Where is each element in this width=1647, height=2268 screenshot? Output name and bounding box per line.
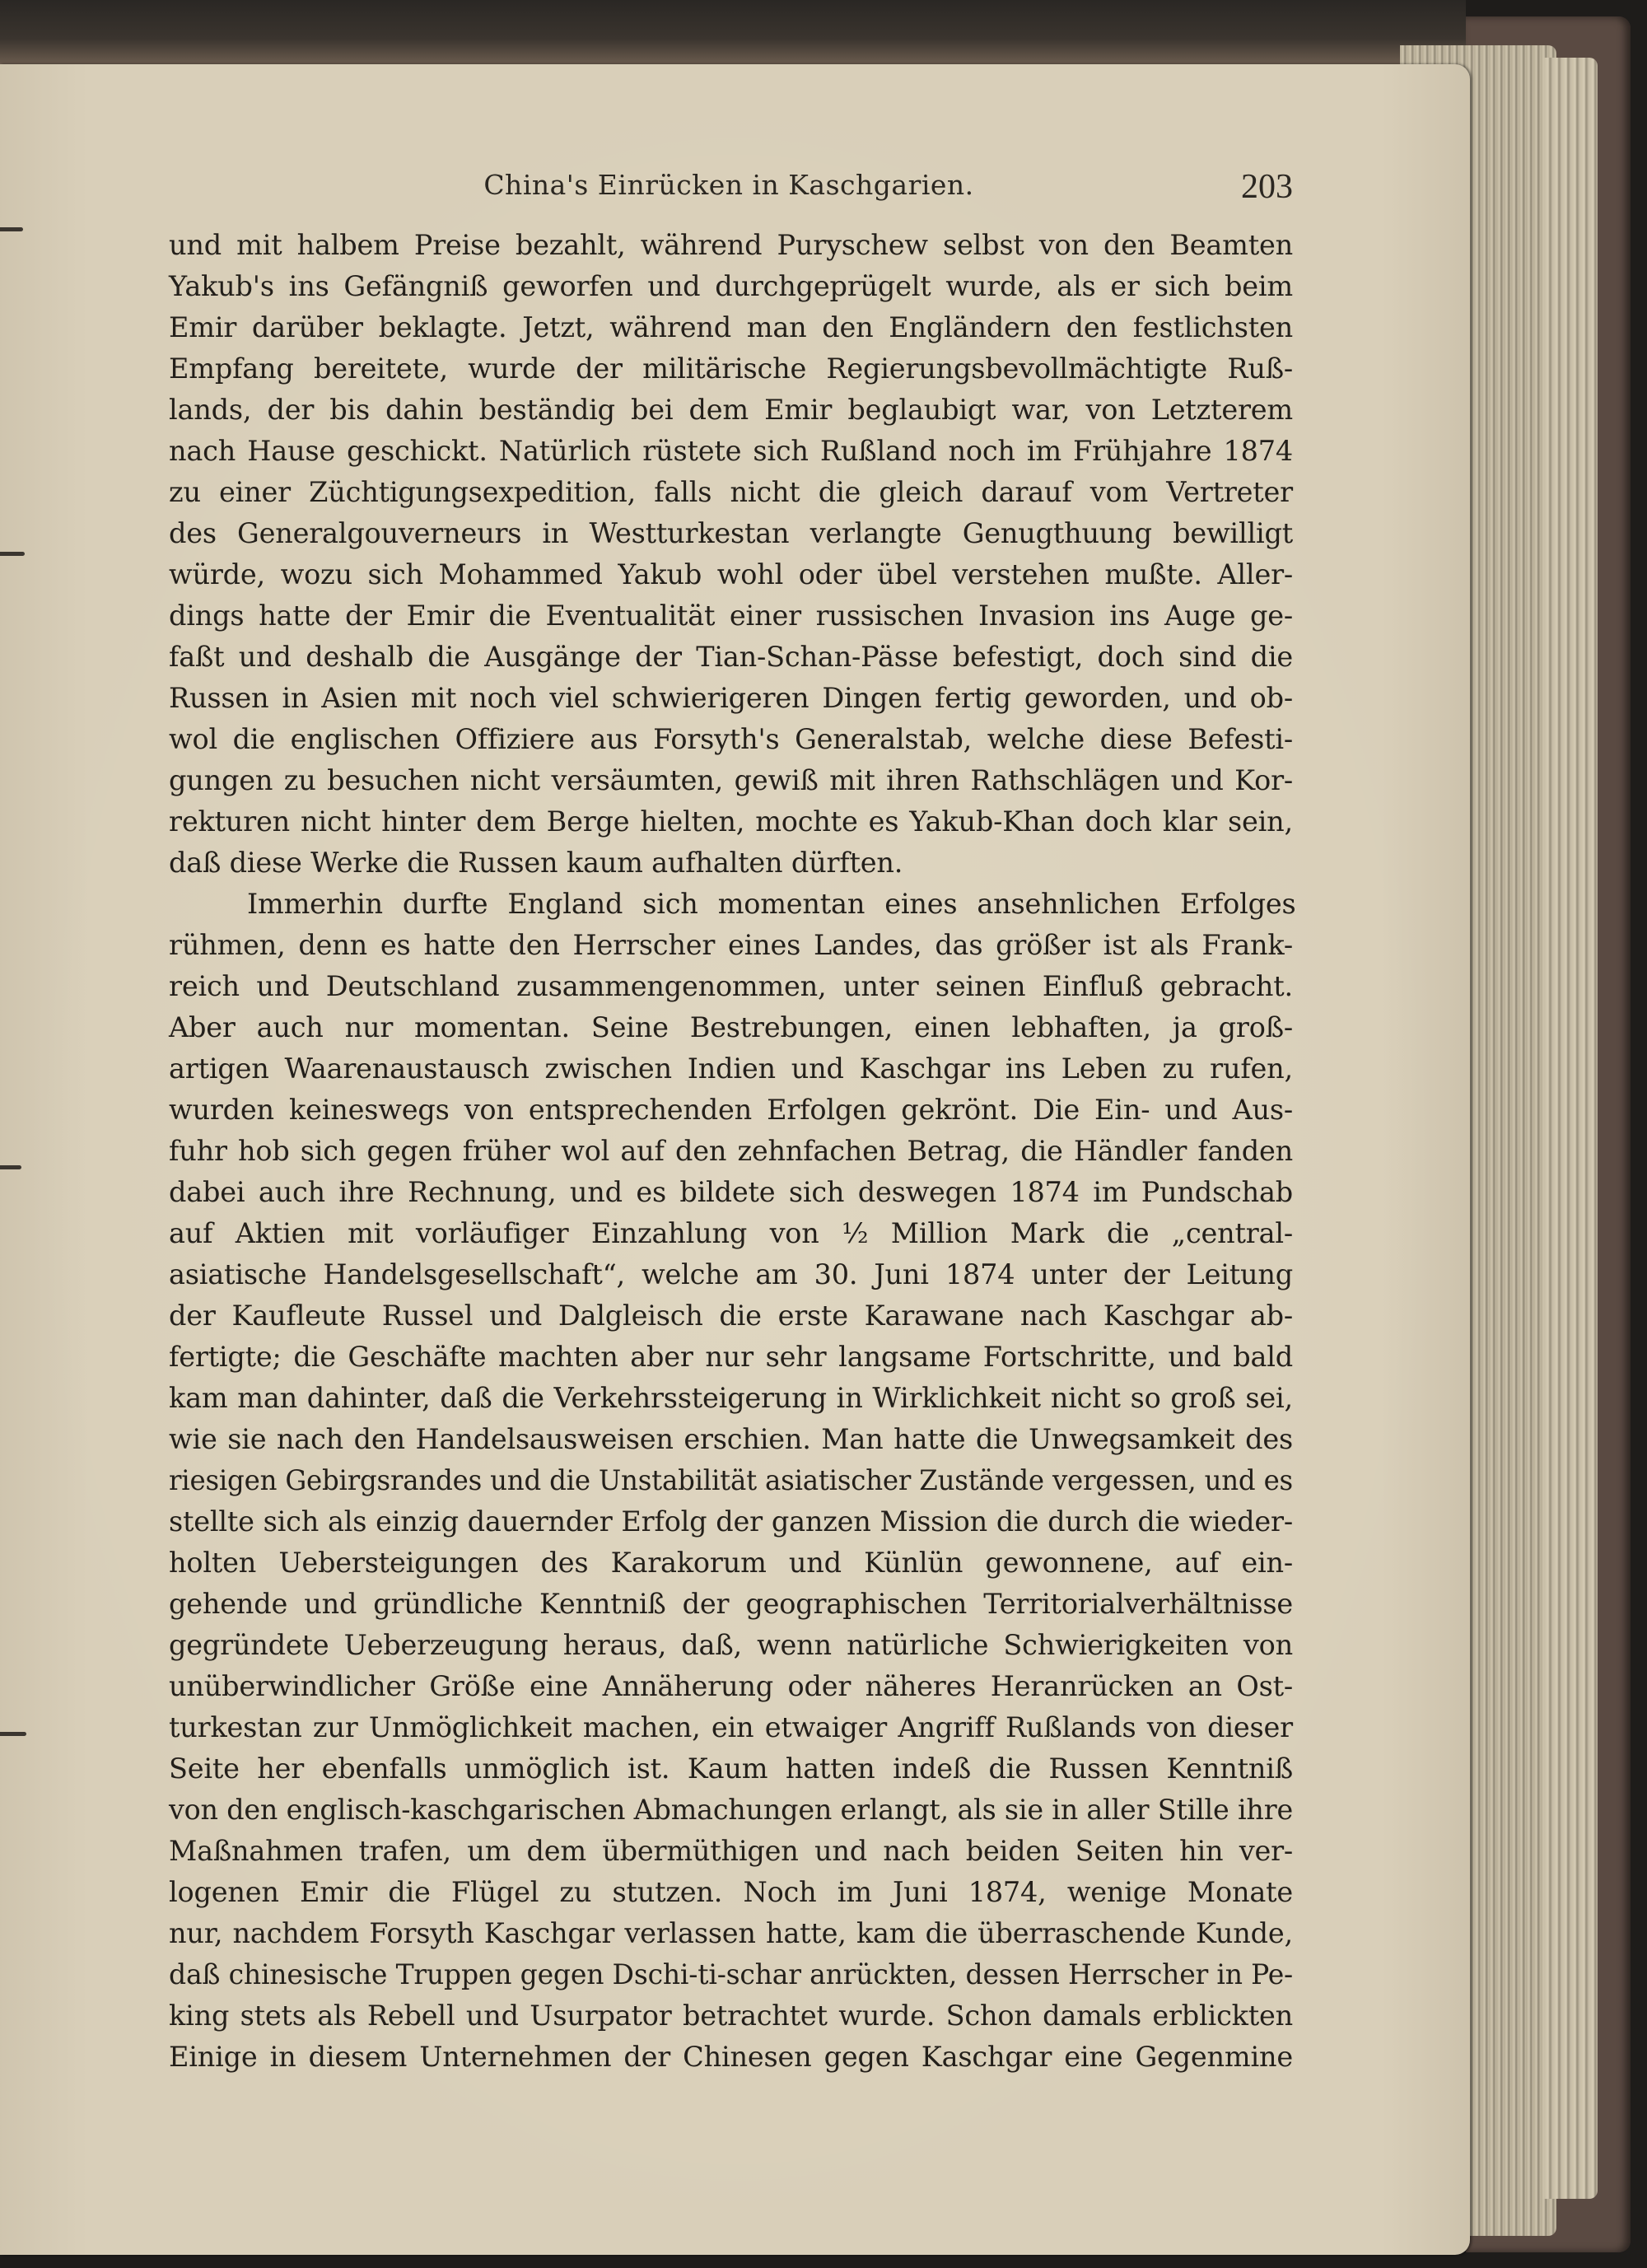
text-line: kam man dahinter, daß die Verkehrssteige… bbox=[169, 1378, 1293, 1419]
text-line: wie sie nach den Handelsausweisen erschi… bbox=[169, 1419, 1293, 1460]
text-line: unüberwindlicher Größe eine Annäherung o… bbox=[169, 1666, 1293, 1707]
text-line: wol die englischen Offiziere aus Forsyth… bbox=[169, 719, 1293, 760]
text-line: lands, der bis dahin beständig bei dem E… bbox=[169, 390, 1293, 431]
text-line: wurden keineswegs von entsprechenden Erf… bbox=[169, 1090, 1293, 1131]
text-line: logenen Emir die Flügel zu stutzen. Noch… bbox=[169, 1872, 1293, 1913]
text-line: nach Hause geschickt. Natürlich rüstete … bbox=[169, 431, 1293, 472]
text-line: holten Uebersteigungen des Karakorum und… bbox=[169, 1542, 1293, 1584]
text-line: Yakub's ins Gefängniß geworfen und durch… bbox=[169, 266, 1293, 307]
text-line: gungen zu besuchen nicht versäumten, gew… bbox=[169, 760, 1293, 801]
edge-mark bbox=[0, 227, 23, 231]
text-line: turkestan zur Unmöglichkeit machen, ein … bbox=[169, 1707, 1293, 1748]
text-line: nur, nachdem Forsyth Kaschgar verlassen … bbox=[169, 1913, 1293, 1954]
text-line-paragraph-start: Immerhin durfte England sich momentan ei… bbox=[169, 884, 1293, 925]
text-line: Einige in diesem Unternehmen der Chinese… bbox=[169, 2037, 1293, 2078]
text-line: und mit halbem Preise bezahlt, während P… bbox=[169, 225, 1293, 266]
text-line: würde, wozu sich Mohammed Yakub wohl ode… bbox=[169, 554, 1293, 595]
text-line: fuhr hob sich gegen früher wol auf den z… bbox=[169, 1131, 1293, 1172]
text-line: faßt und deshalb die Ausgänge der Tian-S… bbox=[169, 637, 1293, 678]
scan-background-top bbox=[0, 0, 1466, 64]
text-line: dabei auch ihre Rechnung, und es bildete… bbox=[169, 1172, 1293, 1213]
text-line: Empfang bereitete, wurde der militärisch… bbox=[169, 348, 1293, 390]
text-line: reich und Deutschland zusammengenommen, … bbox=[169, 966, 1293, 1007]
running-title: China's Einrücken in Kaschgarien. bbox=[165, 169, 1293, 201]
text-line: auf Aktien mit vorläufiger Einzahlung vo… bbox=[169, 1213, 1293, 1254]
text-line: stellte sich als einzig dauernder Erfolg… bbox=[169, 1501, 1293, 1542]
text-line-paragraph-end: daß diese Werke die Russen kaum aufhalte… bbox=[169, 842, 1293, 884]
text-line: gegründete Ueberzeugung heraus, daß, wen… bbox=[169, 1625, 1293, 1666]
text-line: Russen in Asien mit noch viel schwierige… bbox=[169, 678, 1293, 719]
edge-mark bbox=[0, 552, 25, 556]
text-line: der Kaufleute Russel und Dalgleisch die … bbox=[169, 1295, 1293, 1337]
text-line: fertigte; die Geschäfte machten aber nur… bbox=[169, 1337, 1293, 1378]
text-line: gehende und gründliche Kenntniß der geog… bbox=[169, 1584, 1293, 1625]
page-header: China's Einrücken in Kaschgarien. 203 bbox=[165, 169, 1293, 210]
page-edges-back bbox=[1544, 58, 1598, 2199]
text-line: king stets als Rebell und Usurpator betr… bbox=[169, 1995, 1293, 2037]
text-line: rühmen, denn es hatte den Herrscher eine… bbox=[169, 925, 1293, 966]
text-line: Seite her ebenfalls unmöglich ist. Kaum … bbox=[169, 1748, 1293, 1790]
text-line: zu einer Züchtigungsexpedition, falls ni… bbox=[169, 472, 1293, 513]
page-number: 203 bbox=[1241, 167, 1293, 207]
text-line: riesigen Gebirgsrandes und die Unstabili… bbox=[169, 1460, 1293, 1501]
text-line: dings hatte der Emir die Eventualität ei… bbox=[169, 595, 1293, 637]
text-line: daß chinesische Truppen gegen Dschi-ti-s… bbox=[169, 1954, 1293, 1995]
edge-mark bbox=[0, 1165, 21, 1169]
text-line: des Generalgouverneurs in Westturkestan … bbox=[169, 513, 1293, 554]
text-line: asiatische Handelsgesellschaft“, welche … bbox=[169, 1254, 1293, 1295]
text-line: rekturen nicht hinter dem Berge hielten,… bbox=[169, 801, 1293, 842]
text-line: Aber auch nur momentan. Seine Bestrebung… bbox=[169, 1007, 1293, 1048]
text-line: Maßnahmen trafen, um dem übermüthigen un… bbox=[169, 1831, 1293, 1872]
text-line: Emir darüber beklagte. Jetzt, während ma… bbox=[169, 307, 1293, 348]
edge-mark bbox=[0, 1732, 26, 1736]
text-line: artigen Waarenaustausch zwischen Indien … bbox=[169, 1048, 1293, 1090]
text-line: von den englisch-kaschgarischen Abmachun… bbox=[169, 1790, 1293, 1831]
